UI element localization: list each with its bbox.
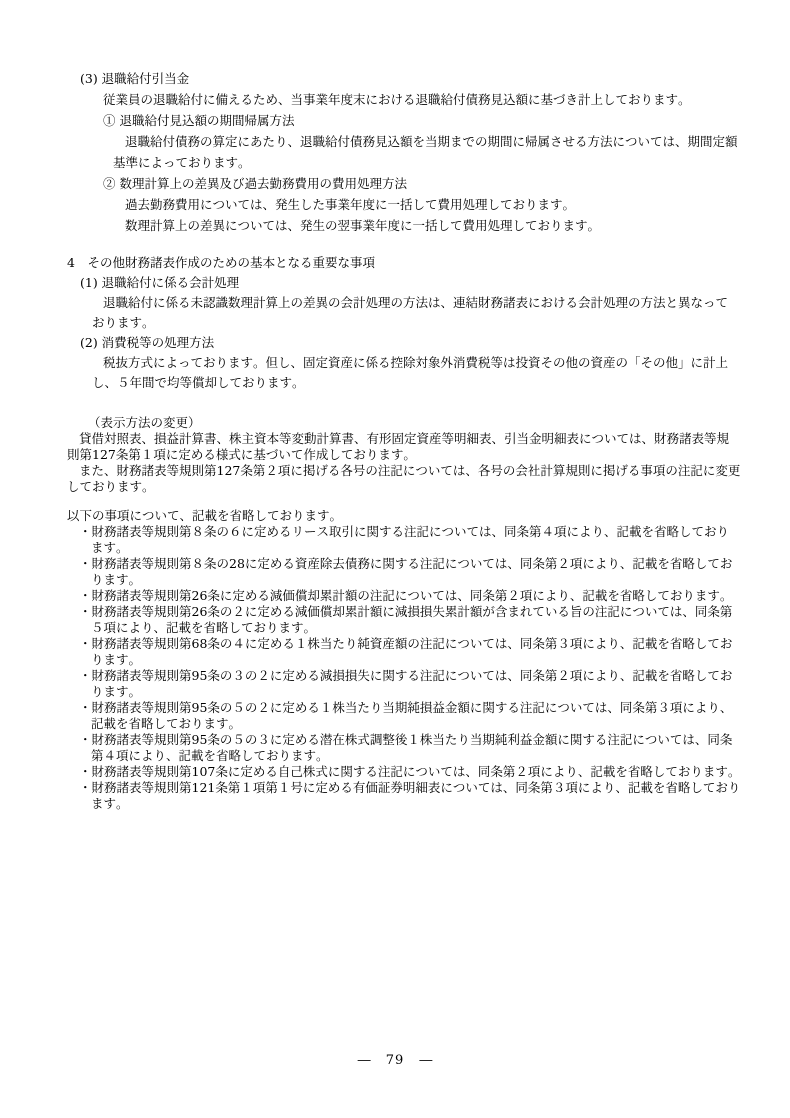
section-other-important-matters: 4 その他財務諸表作成のための基本となる重要な事項(1) 退職給付に係る会計処理…	[67, 253, 732, 393]
text-line: ① 退職給付見込額の期間帰属方法	[67, 110, 732, 131]
text-line: 第４項により、記載を省略しております。	[67, 748, 732, 764]
text-line: しております。	[67, 479, 732, 495]
section-presentation-method-change: （表示方法の変更）貸借対照表、損益計算書、株主資本等変動計算書、有形固定資産等明…	[67, 415, 732, 495]
text-line: 退職給付債務の算定にあたり、退職給付債務見込額を当期までの期間に帰属させる方法に…	[67, 131, 732, 152]
text-line: ります。	[67, 684, 732, 700]
text-line: ります。	[67, 572, 732, 588]
text-line: （表示方法の変更）	[67, 415, 732, 431]
text-line: 4 その他財務諸表作成のための基本となる重要な事項	[67, 253, 732, 273]
page-number: 79	[386, 1053, 405, 1069]
text-line: ・財務諸表等規則第８条の６に定めるリース取引に関する注記については、同条第４項に…	[67, 524, 732, 540]
text-line: ます。	[67, 796, 732, 812]
text-line: ・財務諸表等規則第95条の５の２に定める１株当たり当期純損益金額に関する注記につ…	[67, 700, 732, 716]
text-line: ・財務諸表等規則第68条の４に定める１株当たり純資産額の注記については、同条第３…	[67, 636, 732, 652]
text-line: 退職給付に係る未認識数理計算上の差異の会計処理の方法は、連結財務諸表における会計…	[67, 293, 732, 313]
text-line: ・財務諸表等規則第121条第１項第１号に定める有価証券明細表については、同条第３…	[67, 780, 732, 796]
document-page: (3) 退職給付引当金従業員の退職給付に備えるため、当事業年度末における退職給付…	[0, 0, 790, 1118]
text-line: また、財務諸表等規則第127条第２項に掲げる各号の注記については、各号の会社計算…	[67, 463, 732, 479]
text-line: 従業員の退職給付に備えるため、当事業年度末における退職給付債務見込額に基づき計上…	[67, 89, 732, 110]
text-line: おります。	[67, 313, 732, 333]
footer-dash-left: ―	[358, 1053, 371, 1069]
text-line: ・財務諸表等規則第95条の３の２に定める減損損失に関する注記については、同条第２…	[67, 668, 732, 684]
text-line: し、５年間で均等償却しております。	[67, 373, 732, 393]
section-omitted-items: 以下の事項について、記載を省略しております。・財務諸表等規則第８条の６に定めるリ…	[67, 508, 732, 812]
text-line: 税抜方式によっております。但し、固定資産に係る控除対象外消費税等は投資その他の資…	[67, 353, 732, 373]
section-retirement-benefit-allowance: (3) 退職給付引当金従業員の退職給付に備えるため、当事業年度末における退職給付…	[67, 68, 732, 236]
text-line: 過去勤務費用については、発生した事業年度に一括して費用処理しております。	[67, 194, 732, 215]
text-line: ・財務諸表等規則第107条に定める自己株式に関する注記については、同条第２項によ…	[67, 764, 732, 780]
text-line: 則第127条第１項に定める様式に基づいて作成しております。	[67, 447, 732, 463]
text-line: 以下の事項について、記載を省略しております。	[67, 508, 732, 524]
text-line: ・財務諸表等規則第95条の５の３に定める潜在株式調整後１株当たり当期純利益金額に…	[67, 732, 732, 748]
text-line: (1) 退職給付に係る会計処理	[67, 273, 732, 293]
text-line: ② 数理計算上の差異及び過去勤務費用の費用処理方法	[67, 173, 732, 194]
text-line: 記載を省略しております。	[67, 716, 732, 732]
footer-dash-right: ―	[419, 1053, 432, 1069]
text-line: ・財務諸表等規則第26条の２に定める減価償却累計額に減損損失累計額が含まれている…	[67, 604, 732, 620]
text-line: (3) 退職給付引当金	[67, 68, 732, 89]
text-line: ます。	[67, 540, 732, 556]
text-line: 基準によっております。	[67, 152, 732, 173]
text-line: (2) 消費税等の処理方法	[67, 333, 732, 353]
text-line: 数理計算上の差異については、発生の翌事業年度に一括して費用処理しております。	[67, 215, 732, 236]
page-footer: ― 79 ―	[0, 1053, 790, 1069]
text-line: ５項により、記載を省略しております。	[67, 620, 732, 636]
text-line: ・財務諸表等規則第26条に定める減価償却累計額の注記については、同条第２項により…	[67, 588, 732, 604]
text-line: ります。	[67, 652, 732, 668]
text-line: ・財務諸表等規則第８条の28に定める資産除去債務に関する注記については、同条第２…	[67, 556, 732, 572]
text-line: 貸借対照表、損益計算書、株主資本等変動計算書、有形固定資産等明細表、引当金明細表…	[67, 431, 732, 447]
